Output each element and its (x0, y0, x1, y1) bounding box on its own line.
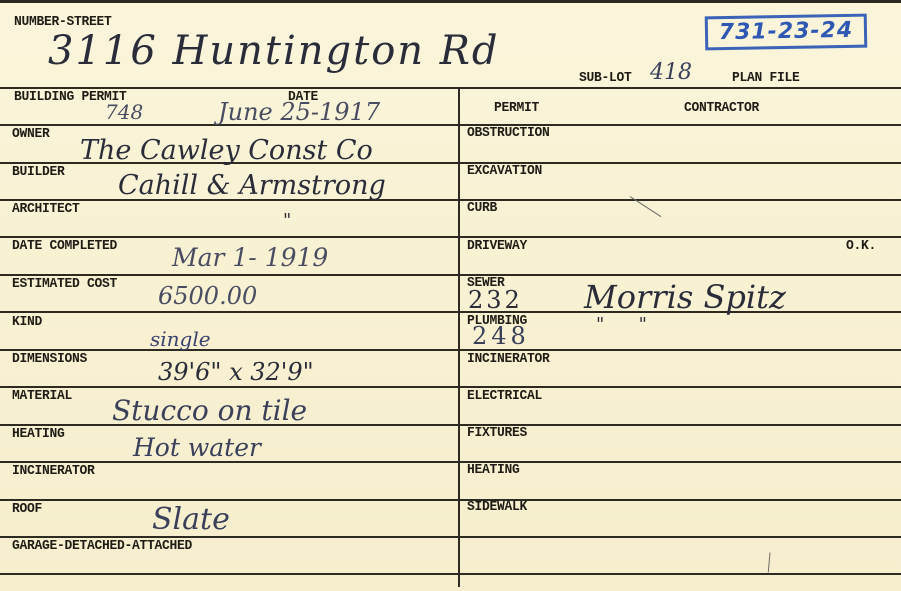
dimensions-label: DIMENSIONS (12, 351, 87, 367)
architect-value: " (283, 210, 291, 231)
date-completed-label: DATE COMPLETED (12, 238, 117, 254)
ruled-line (0, 311, 458, 313)
plumbing-contractor-value: " " (596, 314, 647, 335)
incinerator-permit-label: INCINERATOR (467, 351, 550, 367)
curb-label: CURB (467, 200, 497, 216)
ruled-line (0, 499, 458, 501)
sub-lot-label: SUB-LOT (579, 70, 632, 86)
plumbing-permit-value: 248 (472, 322, 530, 350)
ruled-line (458, 199, 901, 201)
card-top-edge (0, 0, 901, 3)
building-permit-value: 748 (105, 100, 143, 124)
divider (0, 87, 901, 89)
date-completed-value: Mar 1- 1919 (172, 243, 328, 272)
roof-value: Slate (152, 502, 230, 537)
sidewalk-label: SIDEWALK (467, 499, 527, 515)
dimensions-value: 39'6" x 32'9" (158, 358, 314, 386)
sewer-permit-value: 232 (468, 286, 523, 314)
ruled-line (458, 274, 901, 276)
roof-label: ROOF (12, 501, 42, 517)
incinerator-label: INCINERATOR (12, 463, 95, 479)
material-value: Stucco on tile (112, 394, 307, 427)
driveway-label: DRIVEWAY (467, 238, 527, 254)
electrical-label: ELECTRICAL (467, 388, 542, 404)
ruled-line (458, 461, 901, 463)
number-street-label: NUMBER-STREET (14, 14, 112, 30)
plan-file-label: PLAN FILE (732, 70, 800, 86)
excavation-label: EXCAVATION (467, 163, 542, 179)
builder-value: Cahill & Armstrong (118, 170, 386, 201)
estimated-cost-label: ESTIMATED COST (12, 276, 117, 292)
estimated-cost-value: 6500.00 (158, 282, 257, 310)
number-street-value: 3116 Huntington Rd (48, 28, 500, 74)
driveway-note: O.K. (846, 238, 876, 254)
sub-lot-value: 418 (650, 60, 692, 85)
date-value: June 25-1917 (218, 98, 380, 126)
fixtures-label: FIXTURES (467, 425, 527, 441)
heating-label: HEATING (12, 426, 65, 442)
ruled-line (0, 573, 458, 575)
kind-value: single (150, 327, 211, 351)
owner-value: The Cawley Const Co (80, 135, 373, 166)
heating-value: Hot water (133, 433, 261, 462)
sewer-contractor-value: Morris Spitz (584, 278, 786, 316)
obstruction-label: OBSTRUCTION (467, 125, 550, 141)
ruled-line (458, 573, 901, 575)
architect-label: ARCHITECT (12, 201, 80, 217)
builder-label: BUILDER (12, 164, 65, 180)
garage-label: GARAGE-DETACHED-ATTACHED (12, 538, 192, 554)
file-number-stamp: 731-23-24 (705, 14, 868, 51)
kind-label: KIND (12, 314, 42, 330)
ruled-line (458, 536, 901, 538)
material-label: MATERIAL (12, 388, 72, 404)
heating-permit-label: HEATING (467, 462, 520, 478)
owner-label: OWNER (12, 126, 50, 142)
pencil-stroke (768, 552, 771, 572)
permit-card: NUMBER-STREET 3116 Huntington Rd 731-23-… (0, 0, 901, 591)
permit-column-header: PERMIT (494, 100, 539, 116)
contractor-column-header: CONTRACTOR (684, 100, 759, 116)
